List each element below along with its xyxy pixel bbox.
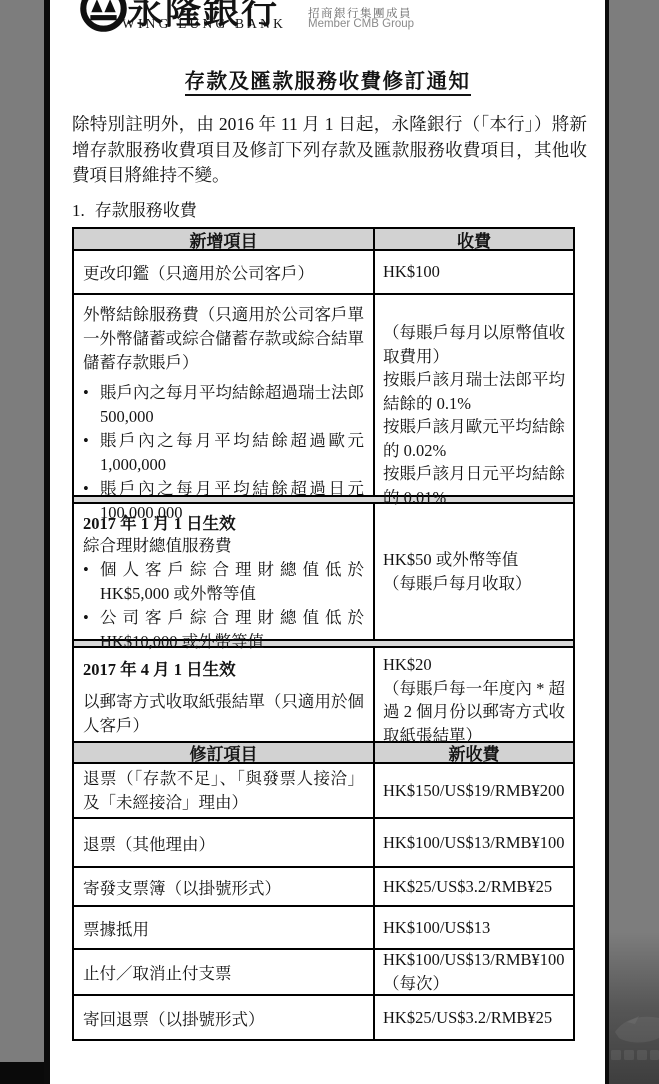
effective-date: 2017 年 1 月 1 日生效	[83, 510, 364, 534]
viewer-left-margin-shadow	[0, 1062, 44, 1084]
viewer-left-margin	[0, 0, 44, 1084]
fee-note: （每賬戶每月以原幣值收取費用）	[383, 321, 565, 368]
header-cell-fee: 新收費	[375, 743, 573, 762]
effective-date: 2017 年 4 月 1 日生效	[83, 656, 364, 680]
section-number: 1.	[72, 201, 85, 220]
item-intro: 以郵寄方式收取紙張結單（只適用於個人客戶）	[83, 690, 364, 738]
table-row: 退票（其他理由） HK$100/US$13/RMB¥100	[74, 819, 573, 868]
fee-cell: HK$20 （每賬戶每一年度內 * 超過 2 個月份以郵寄方式收取紙張結單）	[375, 648, 573, 741]
fee-cell: HK$100/US$13/RMB¥100	[375, 819, 573, 866]
bank-name-en: WING LUNG BANK	[122, 16, 286, 32]
bullet-icon: •	[83, 381, 100, 429]
document-page: 永隆銀行 WING LUNG BANK 招商銀行集團成員 Member CMB …	[50, 0, 605, 1084]
bullet-icon: •	[83, 558, 100, 606]
fee-table: 新增項目 收費 更改印鑑（只適用於公司客戶） HK$100 外幣結餘服務費（只適…	[72, 227, 575, 1041]
table-row: 更改印鑑（只適用於公司客戶） HK$100	[74, 251, 573, 295]
item-bullet: • 賬戶內之每月平均結餘超過歐元 1,000,000	[83, 429, 364, 477]
item-cell: 外幣結餘服務費（只適用於公司客戶單一外幣儲蓄或綜合儲蓄存款或綜合結單儲蓄存款賬戶…	[74, 295, 375, 495]
fee-cell: （每賬戶每月以原幣值收取費用） 按賬戶該月瑞士法郎平均結餘的 0.1% 按賬戶該…	[375, 295, 573, 495]
item-cell: 退票（其他理由）	[74, 819, 375, 866]
item-intro: 綜合理財總值服務費	[83, 534, 364, 558]
header-cell-item: 修訂項目	[74, 743, 375, 762]
table-row: 止付／取消止付支票 HK$100/US$13/RMB¥100 （每次）	[74, 950, 573, 996]
item-cell: 止付／取消止付支票	[74, 950, 375, 994]
table-header-revised-items: 修訂項目 新收費	[74, 743, 573, 764]
table-header-new-items: 新增項目 收費	[74, 229, 573, 251]
item-cell: 票據抵用	[74, 907, 375, 948]
document-viewer: 永隆銀行 WING LUNG BANK 招商銀行集團成員 Member CMB …	[0, 0, 659, 1084]
section-title: 存款服務收費	[95, 201, 197, 220]
table-row: 2017 年 1 月 1 日生效 綜合理財總值服務費 • 個人客戶綜合理財總值低…	[74, 504, 573, 641]
fee-cell: HK$25/US$3.2/RMB¥25	[375, 868, 573, 905]
item-bullet: • 個人客戶綜合理財總值低於 HK$5,000 或外幣等值	[83, 558, 364, 606]
item-cell: 更改印鑑（只適用於公司客戶）	[74, 251, 375, 293]
fee-cell: HK$100/US$13/RMB¥100 （每次）	[375, 950, 573, 994]
item-cell: 寄發支票簿（以掛號形式）	[74, 868, 375, 905]
table-row: 寄回退票（以掛號形式） HK$25/US$3.2/RMB¥25	[74, 996, 573, 1039]
item-bullet: • 公司客戶綜合理財總值低於 HK$10,000 或外幣等值	[83, 606, 364, 654]
item-cell: 2017 年 4 月 1 日生效 以郵寄方式收取紙張結單（只適用於個人客戶）	[74, 648, 375, 741]
fee-cell: HK$50 或外幣等值 （每賬戶每月收取）	[375, 504, 573, 639]
table-row: 寄發支票簿（以掛號形式） HK$25/US$3.2/RMB¥25	[74, 868, 573, 907]
item-bullet: • 賬戶內之每月平均結餘超過瑞士法郎 500,000	[83, 381, 364, 429]
item-intro: 外幣結餘服務費（只適用於公司客戶單一外幣儲蓄或綜合儲蓄存款或綜合結單儲蓄存款賬戶…	[83, 303, 364, 375]
bird-watermark-icon	[609, 998, 659, 1076]
fee-cell: HK$100	[375, 251, 573, 293]
fee-cell: HK$100/US$13	[375, 907, 573, 948]
fee-cell: HK$150/US$19/RMB¥200	[375, 764, 573, 817]
table-row: 2017 年 4 月 1 日生效 以郵寄方式收取紙張結單（只適用於個人客戶） H…	[74, 648, 573, 743]
header-cell-fee: 收費	[375, 229, 573, 249]
viewer-right-margin	[609, 0, 659, 1084]
group-membership-en: Member CMB Group	[308, 18, 414, 30]
item-cell: 退票（「存款不足」、「與發票人接洽」及「未經接洽」理由）	[83, 767, 364, 815]
fee-cell: HK$25/US$3.2/RMB¥25	[375, 996, 573, 1039]
bullet-icon: •	[83, 606, 100, 654]
table-row: 票據抵用 HK$100/US$13	[74, 907, 573, 950]
fee-unit: （每次）	[383, 970, 565, 994]
document-title: 存款及匯款服務收費修訂通知	[50, 64, 605, 94]
item-cell: 2017 年 1 月 1 日生效 綜合理財總值服務費 • 個人客戶綜合理財總值低…	[74, 504, 375, 639]
table-row: 退票（「存款不足」、「與發票人接洽」及「未經接洽」理由） HK$150/US$1…	[74, 764, 573, 819]
section-heading: 1.存款服務收費	[72, 196, 197, 221]
bullet-icon: •	[83, 429, 100, 477]
bank-logo-icon	[80, 0, 127, 32]
header-cell-item: 新增項目	[74, 229, 375, 249]
table-row: 外幣結餘服務費（只適用於公司客戶單一外幣儲蓄或綜合儲蓄存款或綜合結單儲蓄存款賬戶…	[74, 295, 573, 497]
intro-paragraph: 除特別註明外，由 2016 年 11 月 1 日起，永隆銀行（「本行」）將新增存…	[72, 112, 587, 189]
document-title-text: 存款及匯款服務收費修訂通知	[185, 71, 471, 96]
item-cell: 寄回退票（以掛號形式）	[74, 996, 375, 1039]
